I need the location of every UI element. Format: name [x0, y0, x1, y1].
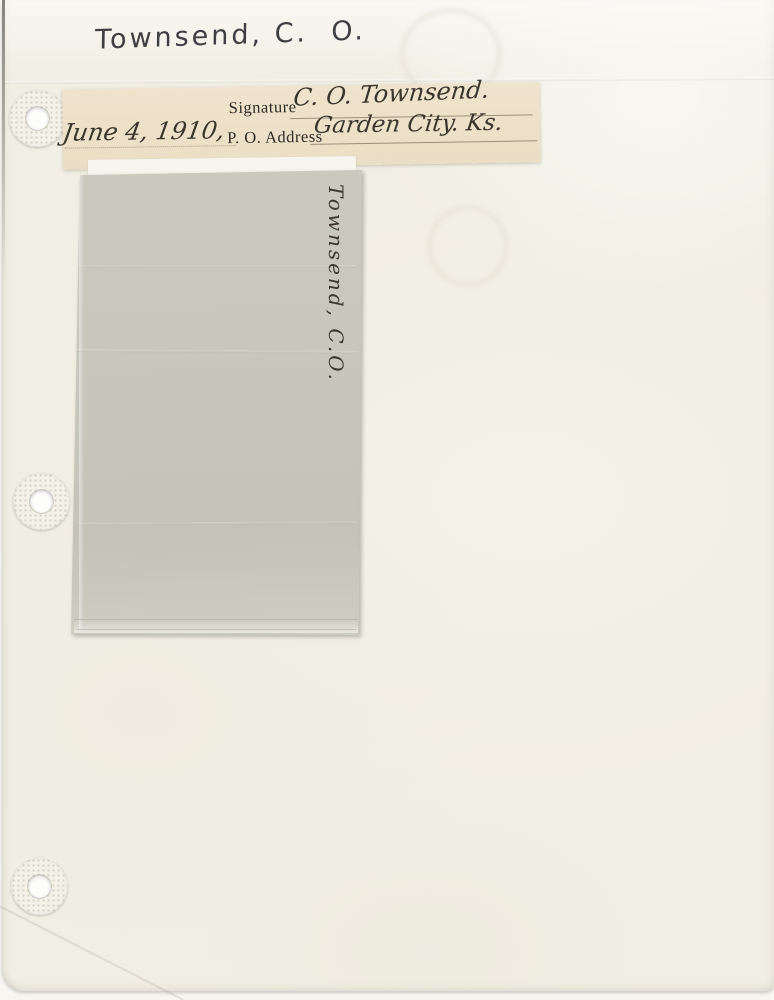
paper-edge-highlight [79, 175, 84, 631]
date-value: June 4, 1910, [61, 116, 227, 147]
po-address-label: P. O. Address [227, 127, 323, 148]
hole-reinforcement [13, 473, 70, 530]
scan-edge-shadow [2, 0, 5, 280]
vertical-inscription: Townsend, C.O. [318, 184, 348, 369]
punch-hole [30, 490, 53, 513]
punch-hole [28, 875, 51, 898]
fold-crease [77, 349, 356, 354]
attached-folded-paper: Townsend, C.O. [71, 170, 362, 635]
embossed-watermark [427, 205, 509, 287]
bottom-fold-line [77, 629, 356, 630]
album-page: Townsend, C. O. Signature C. O. Townsend… [2, 0, 774, 991]
paper-crease-bottom-left [0, 901, 184, 1000]
address-line [310, 140, 537, 145]
po-address-value: Garden City. Ks. [312, 110, 504, 139]
hole-reinforcement [9, 90, 66, 147]
fold-crease [77, 265, 356, 268]
punch-hole [26, 107, 49, 130]
signature-label: Signature [229, 97, 297, 118]
fold-crease [77, 521, 356, 525]
attached-folded-paper-wrap: Townsend, C.O. [71, 170, 362, 635]
hole-reinforcement [11, 858, 68, 915]
bottom-fold-band [74, 619, 358, 633]
scanned-album-page: Townsend, C. O. Signature C. O. Townsend… [0, 0, 774, 1000]
